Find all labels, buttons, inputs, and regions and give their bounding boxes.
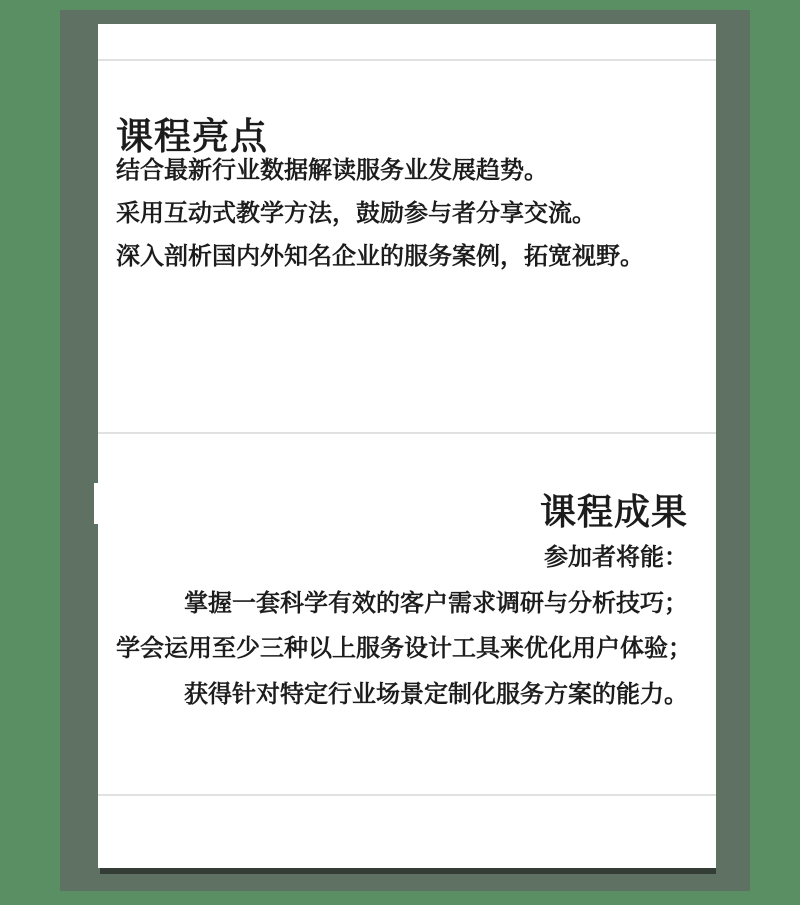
highlight-line: 结合最新行业数据解读服务业发展趋势。 [116,149,696,192]
highlight-line: 深入剖析国内外知名企业的服务案例，拓宽视野。 [116,235,696,278]
course-highlights-body: 结合最新行业数据解读服务业发展趋势。 采用互动式教学方法，鼓励参与者分享交流。 … [116,149,696,278]
outcome-line: 获得针对特定行业场景定制化服务方案的能力。 [116,672,688,718]
page-divider-bottom [98,794,716,796]
page-divider-top [98,59,716,61]
outcome-line: 学会运用至少三种以上服务设计工具来优化用户体验； [116,626,688,672]
poster-background: 课程亮点 结合最新行业数据解读服务业发展趋势。 采用互动式教学方法，鼓励参与者分… [0,0,800,905]
highlight-line: 采用互动式教学方法，鼓励参与者分享交流。 [116,192,696,235]
page-divider-middle [98,432,716,434]
outcome-line: 掌握一套科学有效的客户需求调研与分析技巧； [116,581,688,627]
page-edge-tab [94,483,100,524]
outcomes-intro-line: 参加者将能： [116,535,688,581]
course-outcomes-body: 参加者将能： 掌握一套科学有效的客户需求调研与分析技巧； 学会运用至少三种以上服… [116,535,688,717]
document-page: 课程亮点 结合最新行业数据解读服务业发展趋势。 采用互动式教学方法，鼓励参与者分… [98,24,716,868]
course-outcomes-title: 课程成果 [540,494,688,530]
page-bottom-shadow [100,868,716,874]
